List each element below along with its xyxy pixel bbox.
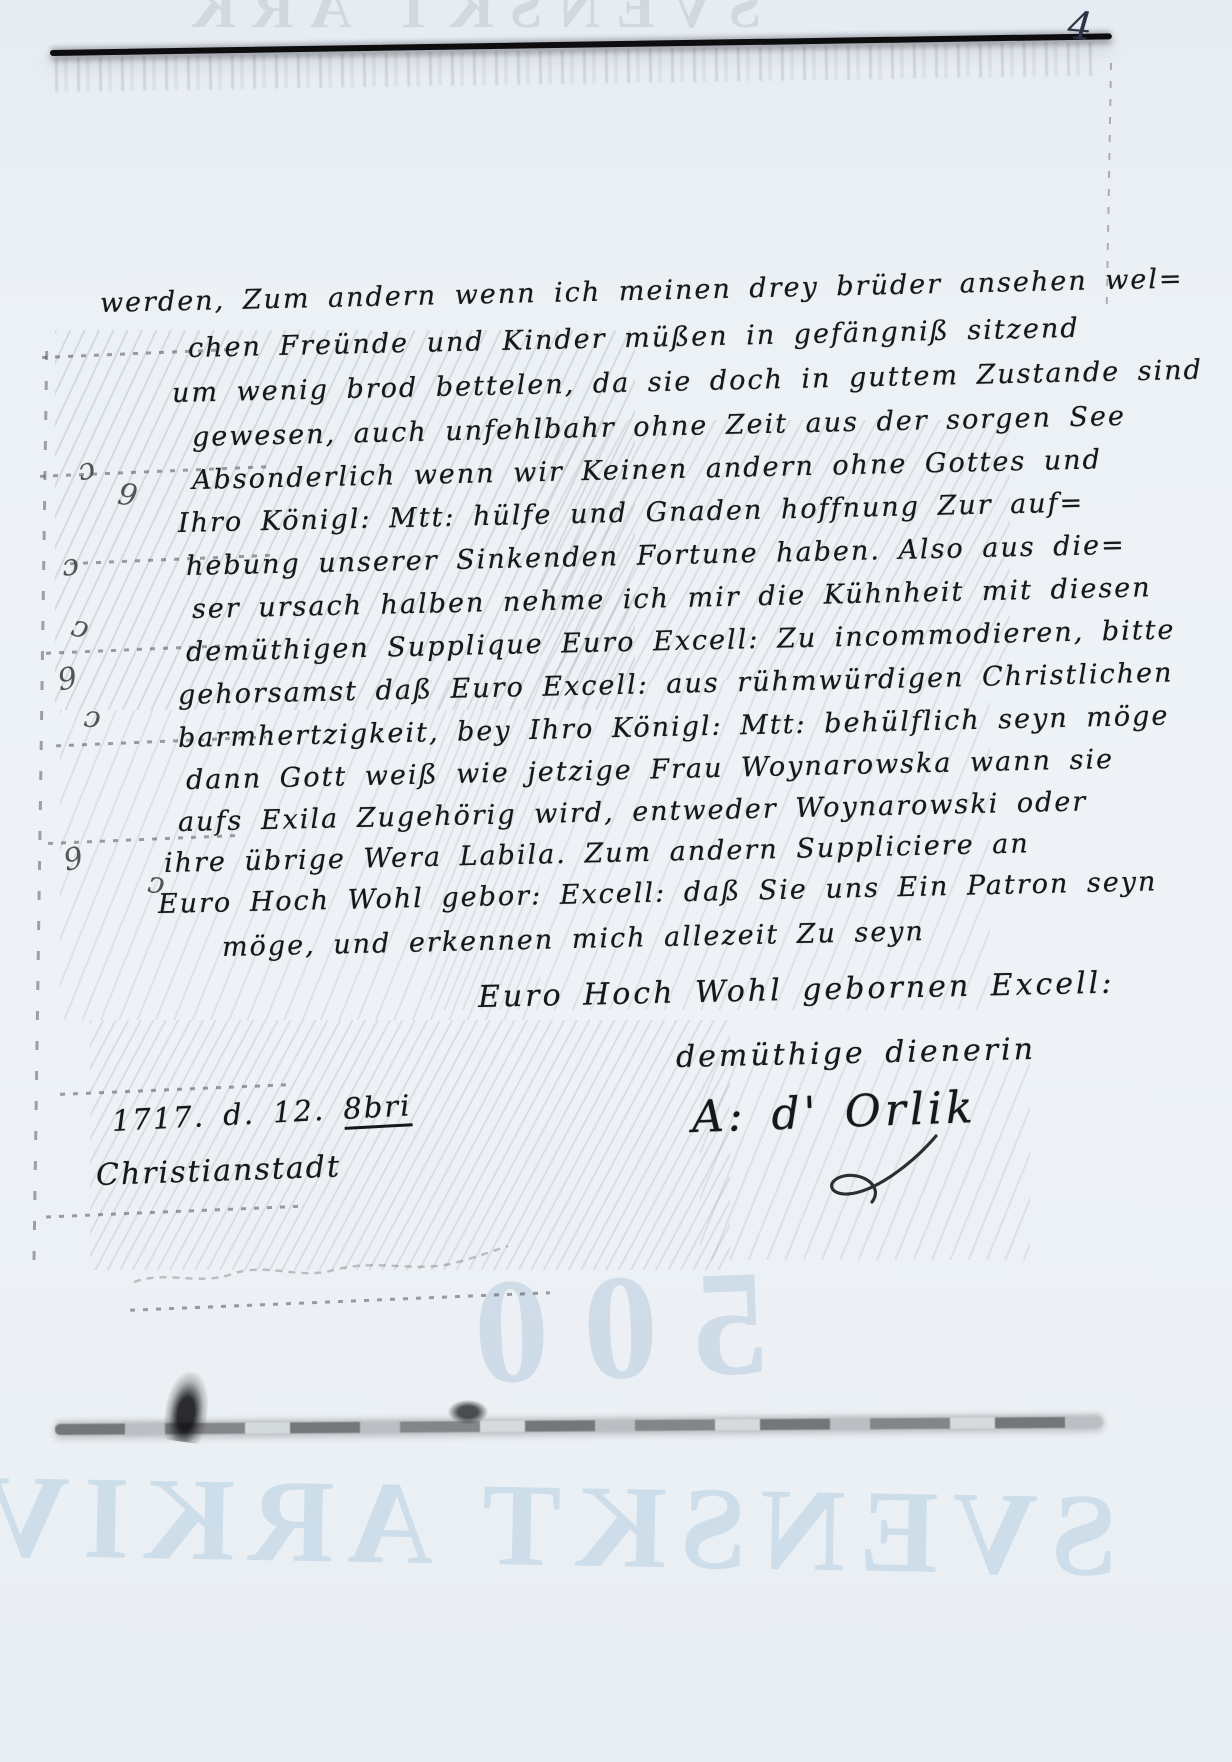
bleedthrough-dashes — [46, 1205, 306, 1219]
dateline: 1717. d. 12. 8bri — [111, 1088, 412, 1138]
body-line: chen Freünde und Kinder müßen in gefängn… — [188, 313, 1080, 364]
bleedthrough-mark: 9 — [115, 477, 140, 515]
ghost-text-top: SVENSKT ARK — [18, 0, 918, 41]
body-line: gewesen, auch unfehlbahr ohne Zeit aus d… — [192, 401, 1127, 453]
bleedthrough-mark: ɔ — [60, 547, 80, 584]
place-name: Christianstadt — [95, 1149, 341, 1193]
ink-blot — [448, 1400, 488, 1424]
body-line: Absonderlich wenn wir Keinen andern ohne… — [192, 444, 1103, 496]
body-line: werden, Zum andern wenn ich meinen drey … — [100, 263, 1184, 319]
closing-line: Euro Hoch Wohl gebornen Excell: — [478, 966, 1115, 1015]
date-month: 8bri — [342, 1088, 412, 1130]
body-line: Ihro Königl: Mtt: hülfe und Gnaden hoffn… — [178, 487, 1085, 539]
bleedthrough-scrawl — [128, 1244, 548, 1304]
bleedthrough-mark: ɔ — [82, 699, 102, 736]
bleedthrough-mark: ɔ — [74, 450, 99, 488]
body-line: ser ursach halben nehme ich mir die Kühn… — [192, 572, 1152, 625]
bleedthrough-mark: 9 — [61, 840, 87, 878]
bleedthrough-mark: ᴐ — [68, 608, 94, 646]
page-number: 4 — [1066, 3, 1094, 49]
signature-flourish — [818, 1128, 948, 1208]
body-line: hebung unserer Sinkenden Fortune haben. … — [186, 530, 1126, 582]
body-line: möge, und erkennen mich allezeit Zu seyn — [222, 916, 926, 963]
bleedthrough-dashes — [60, 1083, 290, 1096]
date-main: 1717. d. 12. — [111, 1093, 326, 1138]
paper-left-edge-crease — [33, 330, 49, 1260]
ghost-text-bottom: SVENSKT ARKIV — [0, 1448, 1118, 1604]
paper-bottom-edge-smudge — [55, 1417, 1103, 1435]
closing-line: demüthige dienerin — [676, 1032, 1037, 1075]
bleedthrough-mark: 9 — [55, 661, 80, 699]
manuscript-scan-page: SVENSKT ARK 500 SVENSKT ARKIV 4 ɔ 9 ɔ ᴐ … — [0, 0, 1232, 1762]
body-line: um wenig brod bettelen, da sie doch in g… — [172, 355, 1204, 409]
bleedthrough-hatch — [90, 1020, 730, 1270]
